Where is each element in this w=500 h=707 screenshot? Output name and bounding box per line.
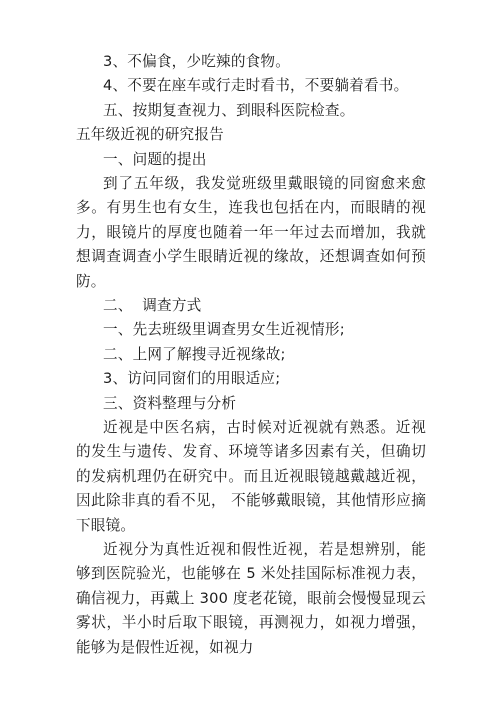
- section-heading: 二、 调查方式: [76, 294, 426, 318]
- list-item: 4、不要在座车或行走时看书，不要躺着看书。: [76, 74, 426, 98]
- paragraph: 近视分为真性近视和假性近视，若是想辨别，能够到医院验光，也能够在 5 米处挂国际…: [76, 538, 426, 660]
- document-title: 五年级近视的研究报告: [76, 123, 426, 147]
- section-heading: 三、资料整理与分析: [76, 392, 426, 416]
- paragraph: 近视是中医名病，古时候对近视就有熟悉。近视的发生与遗传、发育、环境等诸多因素有关…: [76, 416, 426, 538]
- section-heading: 一、问题的提出: [76, 148, 426, 172]
- paragraph: 到了五年级，我发觉班级里戴眼镜的同窗愈来愈多。有男生也有女生，连我也包括在内，而…: [76, 172, 426, 294]
- list-item: 五、按期复查视力、到眼科医院检查。: [76, 99, 426, 123]
- list-item: 3、不偏食，少吃辣的食物。: [76, 50, 426, 74]
- list-item: 3、访问同窗们的用眼适应;: [76, 367, 426, 391]
- list-item: 二、上网了解搜寻近视缘故;: [76, 343, 426, 367]
- list-item: 一、先去班级里调查男女生近视情形;: [76, 318, 426, 342]
- document-page: 3、不偏食，少吃辣的食物。 4、不要在座车或行走时看书，不要躺着看书。 五、按期…: [76, 50, 426, 660]
